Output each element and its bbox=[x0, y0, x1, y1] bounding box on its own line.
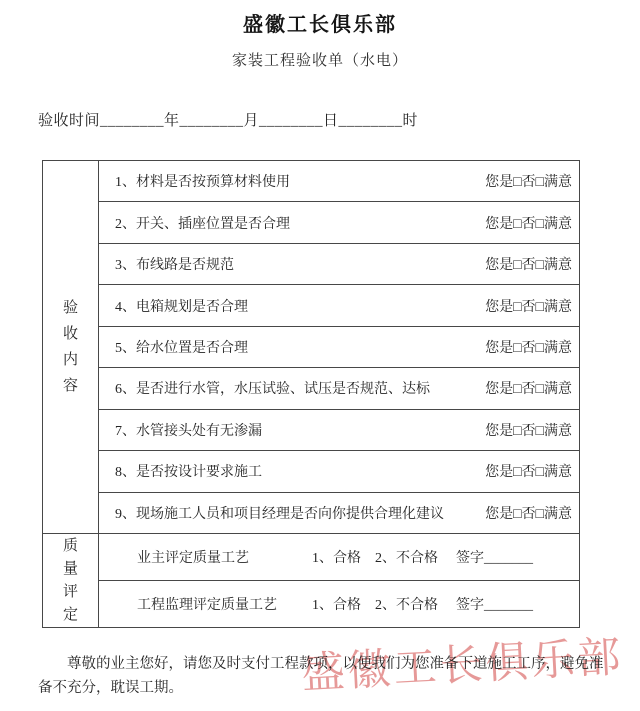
table-row: 2、开关、插座位置是否合理 您是□否□满意 bbox=[99, 201, 579, 242]
quality-evaluator-label: 业主评定质量工艺 bbox=[137, 547, 312, 567]
table-row: 7、水管接头处有无渗漏 您是□否□满意 bbox=[99, 409, 579, 450]
inspection-item-text: 3、布线路是否规范 bbox=[115, 254, 234, 274]
acceptance-time-line: 验收时间________年________月________日________时 bbox=[38, 109, 418, 130]
satisfaction-checkboxes: 您是□否□满意 bbox=[485, 461, 572, 481]
quality-rows: 业主评定质量工艺 1、合格 2、不合格 签字_______ 工程监理评定质量工艺… bbox=[99, 534, 579, 627]
inspection-item-text: 9、现场施工人员和项目经理是否向你提供合理化建议 bbox=[115, 503, 444, 523]
satisfaction-checkboxes: 您是□否□满意 bbox=[485, 378, 572, 398]
quality-evaluator-label: 工程监理评定质量工艺 bbox=[137, 594, 312, 614]
page-subtitle: 家装工程验收单（水电） bbox=[0, 49, 640, 70]
table-row: 工程监理评定质量工艺 1、合格 2、不合格 签字_______ bbox=[99, 580, 579, 627]
inspection-section-label: 验 收 内 容 bbox=[43, 161, 99, 533]
table-row: 3、布线路是否规范 您是□否□满意 bbox=[99, 243, 579, 284]
table-row: 1、材料是否按预算材料使用 您是□否□满意 bbox=[99, 161, 579, 201]
satisfaction-checkboxes: 您是□否□满意 bbox=[485, 337, 572, 357]
inspection-item-text: 8、是否按设计要求施工 bbox=[115, 461, 262, 481]
inspection-item-text: 7、水管接头处有无渗漏 bbox=[115, 420, 262, 440]
signature-blank: 签字_______ bbox=[456, 594, 533, 614]
table-row: 4、电箱规划是否合理 您是□否□满意 bbox=[99, 284, 579, 325]
satisfaction-checkboxes: 您是□否□满意 bbox=[485, 420, 572, 440]
acceptance-form-page: 盛徽工长俱乐部 家装工程验收单（水电） 验收时间________年_______… bbox=[0, 0, 640, 711]
quality-section-label: 质 量 评 定 bbox=[43, 534, 99, 627]
satisfaction-checkboxes: 您是□否□满意 bbox=[485, 296, 572, 316]
inspection-item-text: 4、电箱规划是否合理 bbox=[115, 296, 248, 316]
inspection-item-text: 5、给水位置是否合理 bbox=[115, 337, 248, 357]
quality-section: 质 量 评 定 业主评定质量工艺 1、合格 2、不合格 签字_______ 工程… bbox=[43, 534, 579, 627]
inspection-item-text: 2、开关、插座位置是否合理 bbox=[115, 213, 290, 233]
page-title: 盛徽工长俱乐部 bbox=[0, 8, 640, 37]
table-row: 9、现场施工人员和项目经理是否向你提供合理化建议 您是□否□满意 bbox=[99, 492, 579, 533]
table-row: 6、是否进行水管，水压试验、试压是否规范、达标 您是□否□满意 bbox=[99, 367, 579, 408]
payment-notice: 尊敬的业主您好，请您及时支付工程款项，以便我们为您准备下道施工工序，避免准备不充… bbox=[38, 652, 604, 700]
inspection-rows: 1、材料是否按预算材料使用 您是□否□满意 2、开关、插座位置是否合理 您是□否… bbox=[99, 161, 579, 533]
table-row: 8、是否按设计要求施工 您是□否□满意 bbox=[99, 450, 579, 491]
satisfaction-checkboxes: 您是□否□满意 bbox=[485, 171, 572, 191]
satisfaction-checkboxes: 您是□否□满意 bbox=[485, 254, 572, 274]
inspection-section: 验 收 内 容 1、材料是否按预算材料使用 您是□否□满意 2、开关、插座位置是… bbox=[43, 161, 579, 534]
quality-options: 1、合格 2、不合格 bbox=[312, 547, 438, 567]
satisfaction-checkboxes: 您是□否□满意 bbox=[485, 213, 572, 233]
table-row: 业主评定质量工艺 1、合格 2、不合格 签字_______ bbox=[99, 534, 579, 580]
table-row: 5、给水位置是否合理 您是□否□满意 bbox=[99, 326, 579, 367]
quality-options: 1、合格 2、不合格 bbox=[312, 594, 438, 614]
signature-blank: 签字_______ bbox=[456, 547, 533, 567]
inspection-item-text: 1、材料是否按预算材料使用 bbox=[115, 171, 290, 191]
acceptance-table: 验 收 内 容 1、材料是否按预算材料使用 您是□否□满意 2、开关、插座位置是… bbox=[42, 160, 580, 628]
satisfaction-checkboxes: 您是□否□满意 bbox=[485, 503, 572, 523]
inspection-item-text: 6、是否进行水管，水压试验、试压是否规范、达标 bbox=[115, 378, 430, 398]
